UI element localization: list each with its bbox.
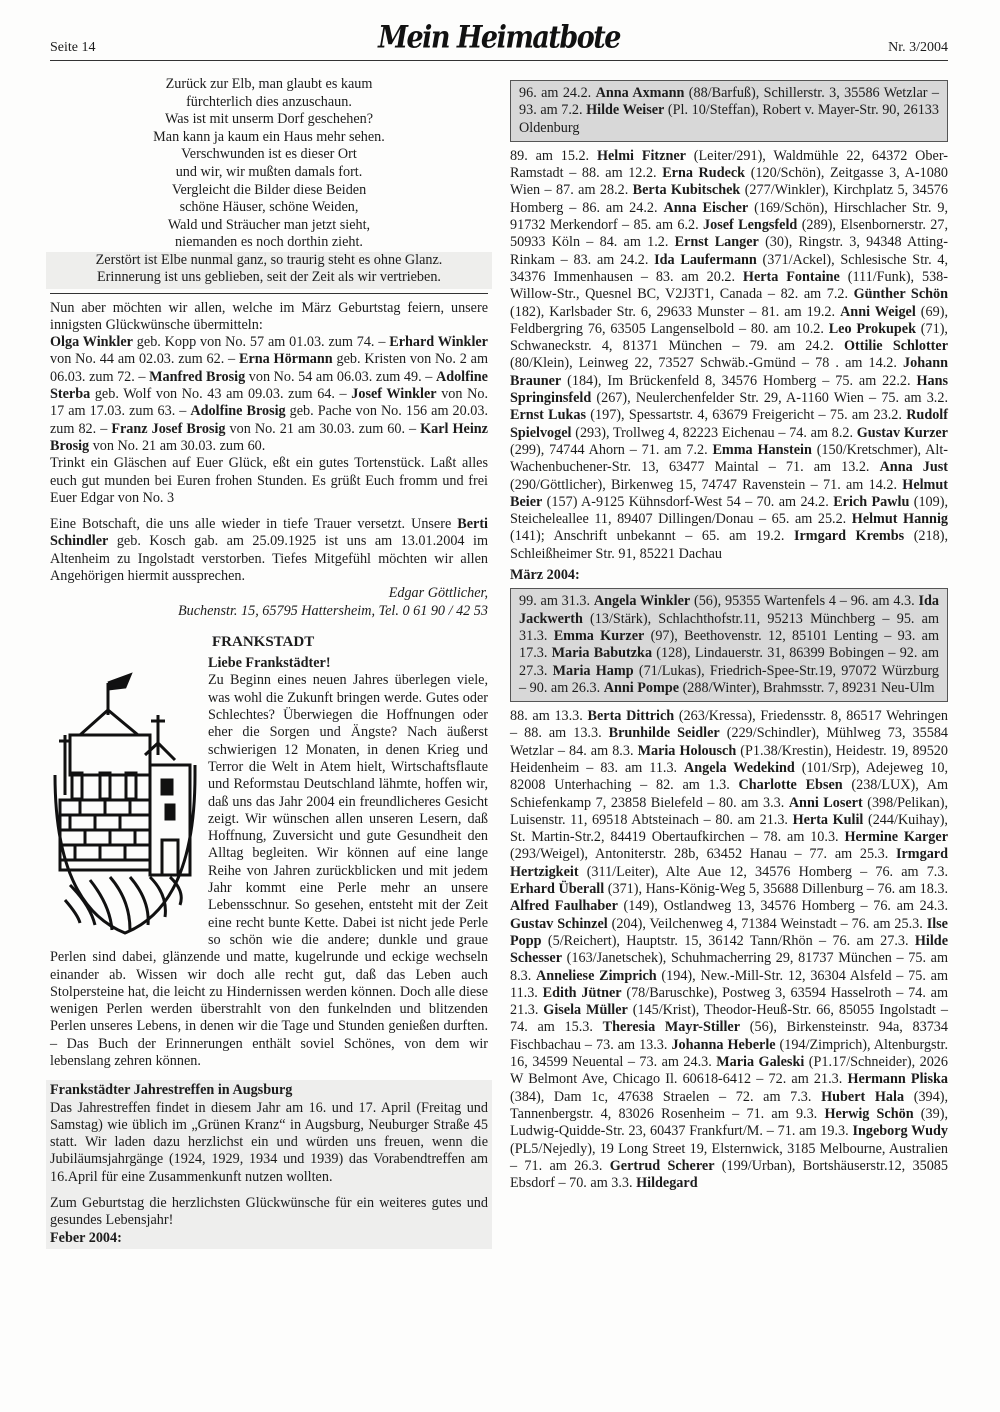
signature-name: Edgar Göttlicher, bbox=[50, 585, 488, 602]
poem-line: niemanden es noch dorthin zieht. bbox=[50, 234, 488, 252]
birthday-entry: 70. am 3.3. Hildegard bbox=[569, 1175, 697, 1191]
person-name: Günther Schön bbox=[854, 286, 948, 302]
person-name: Charlotte Ebsen bbox=[739, 777, 843, 793]
poem-line: fürchterlich dies anzuschaun. bbox=[50, 94, 488, 112]
person-name: Erhard Überall bbox=[510, 881, 604, 897]
frankstadt-title: FRANKSTADT bbox=[212, 634, 488, 651]
person-name: Anni Weigel bbox=[840, 304, 916, 320]
person-name: Erna Rudeck bbox=[662, 165, 745, 181]
person-name: Gertrud Scherer bbox=[610, 1158, 715, 1174]
person-name: Helmut Hannig bbox=[852, 511, 948, 527]
feber-heading: Feber 2004: bbox=[50, 1230, 488, 1247]
person-name: Theresia Mayr-Stiller bbox=[603, 1019, 740, 1035]
birthday-entry: Franz Josef Brosig von No. 21 am 30.03. … bbox=[111, 421, 420, 437]
person-name: Ottilie Schlotter bbox=[844, 338, 948, 354]
page-header: Seite 14 Mein Heimatbote Nr. 3/2004 bbox=[50, 20, 948, 61]
person-name: Leo Prokupek bbox=[829, 321, 916, 337]
birthday-entry: Olga Winkler geb. Kopp von No. 57 am 01.… bbox=[50, 334, 389, 350]
person-name: Herta Fontaine bbox=[743, 269, 840, 285]
person-name: Maria Hamp bbox=[553, 663, 634, 679]
person-name: Franz Josef Brosig bbox=[111, 421, 225, 437]
right-column: 96. am 24.2. Anna Axmann (88/Barfuß), Sc… bbox=[510, 80, 948, 1192]
birthday-entry: Manfred Brosig von No. 54 am 06.03. zum … bbox=[149, 369, 436, 385]
obituary: Eine Botschaft, die uns alle wieder in t… bbox=[50, 516, 488, 585]
town-crest-icon bbox=[50, 655, 200, 945]
person-name: Anna Eischer bbox=[663, 200, 748, 216]
feber-birthday-list: 89. am 15.2. Helmi Fitzner (Leiter/291),… bbox=[510, 148, 948, 563]
person-name: Maria Holousch bbox=[638, 743, 737, 759]
birthday-entry: 90. am 26.3. Anni Pompe (288/Winter), Br… bbox=[530, 680, 935, 696]
person-name: Berta Dittrich bbox=[588, 708, 675, 724]
poem-line: und wir, wir mußten damals fort. bbox=[50, 164, 488, 182]
person-name: Erna Hörmann bbox=[239, 351, 333, 367]
person-name: Emma Hanstein bbox=[712, 442, 811, 458]
person-name: Olga Winkler bbox=[50, 334, 133, 350]
person-name: Maria Galeski bbox=[716, 1054, 804, 1070]
birthday-list: Olga Winkler geb. Kopp von No. 57 am 01.… bbox=[50, 334, 488, 455]
masthead-logo: Mein Heimatbote bbox=[378, 20, 620, 56]
birthday-entry: 93. am 7.2. Hilde Weiser (Pl. 10/Steffan… bbox=[519, 102, 939, 135]
birthday-entry: 96. am 24.2. Anna Axmann (88/Barfuß), Sc… bbox=[519, 85, 939, 101]
person-name: Anneliese Zimprich bbox=[536, 968, 657, 984]
issue-number: Nr. 3/2004 bbox=[888, 40, 948, 56]
person-name: Irmgard Krembs bbox=[794, 528, 904, 544]
person-name: Brunhilde Seidler bbox=[609, 725, 720, 741]
person-name: Erhard Winkler bbox=[389, 334, 488, 350]
person-name: Edith Jütner bbox=[543, 985, 622, 1001]
maerz-birthday-list: 88. am 13.3. Berta Dittrich (263/Kressa)… bbox=[510, 708, 948, 1192]
person-name: Hildegard bbox=[636, 1175, 697, 1191]
poem-line: Erinnerung ist uns geblieben, seit der Z… bbox=[50, 269, 488, 286]
person-name: Hermine Karger bbox=[844, 829, 948, 845]
birthday-toast: Trinkt ein Gläschen auf Euer Glück, eßt … bbox=[50, 455, 488, 507]
person-name: Hubert Hala bbox=[821, 1089, 904, 1105]
poem-final-lines: Zerstört ist Elbe nunmal ganz, so trauri… bbox=[46, 252, 492, 289]
person-name: Emma Kurzer bbox=[554, 628, 645, 644]
person-name: Berta Kubitschek bbox=[633, 182, 741, 198]
person-name: Herta Kulil bbox=[793, 812, 864, 828]
section-divider bbox=[50, 293, 488, 294]
person-name: Manfred Brosig bbox=[149, 369, 245, 385]
person-name: Ida Laufermann bbox=[654, 252, 757, 268]
feber-highlight-box: 96. am 24.2. Anna Axmann (88/Barfuß), Sc… bbox=[510, 80, 948, 142]
poem-line: schöne Häuser, schöne Weiden, bbox=[50, 199, 488, 217]
poem-line: Vergleicht die Bilder diese Beiden bbox=[50, 182, 488, 200]
poem-line: Wald und Sträucher man jetzt sieht, bbox=[50, 217, 488, 235]
person-name: Angela Winkler bbox=[594, 593, 690, 609]
person-name: Angela Wedekind bbox=[684, 760, 795, 776]
person-name: Helmi Fitzner bbox=[597, 148, 686, 164]
person-name: Hermann Pliska bbox=[847, 1071, 948, 1087]
person-name: Josef Lengsfeld bbox=[703, 217, 797, 233]
poem-line: Man kann ja kaum ein Haus mehr sehen. bbox=[50, 129, 488, 147]
person-name: Ernst Langer bbox=[675, 234, 759, 250]
page-number: Seite 14 bbox=[50, 40, 96, 56]
poem-line: Was ist mit unserm Dorf geschehen? bbox=[50, 111, 488, 129]
meeting-body: Das Jahrestreffen findet in diesem Jahr … bbox=[50, 1100, 488, 1186]
poem-line: Zerstört ist Elbe nunmal ganz, so trauri… bbox=[50, 252, 488, 269]
person-name: Hilde Weiser bbox=[586, 102, 664, 118]
person-name: Maria Babutzka bbox=[552, 645, 652, 661]
person-name: Anna Just bbox=[880, 459, 948, 475]
person-name: Alfred Faulhaber bbox=[510, 898, 618, 914]
signature-address: Buchenstr. 15, 65795 Hattersheim, Tel. 0… bbox=[50, 603, 488, 620]
person-name: Johanna Heberle bbox=[671, 1037, 775, 1053]
birthday-entry: 99. am 31.3. Angela Winkler (56), 95355 … bbox=[519, 593, 851, 609]
poem: Zurück zur Elb, man glaubt es kaumfürcht… bbox=[50, 76, 488, 252]
person-name: Erich Pawlu bbox=[833, 494, 909, 510]
person-name: Ernst Lukas bbox=[510, 407, 586, 423]
poem-line: Zurück zur Elb, man glaubt es kaum bbox=[50, 76, 488, 94]
person-name: Ingeborg Wudy bbox=[852, 1123, 948, 1139]
person-name: Anni Pompe bbox=[604, 680, 679, 696]
frankstadt-section: FRANKSTADT Liebe Frankstädte bbox=[50, 634, 488, 1249]
person-name: Gustav Schinzel bbox=[510, 916, 608, 932]
person-name: Herwig Schön bbox=[824, 1106, 913, 1122]
meeting-title: Frankstädter Jahrestreffen in Augsburg bbox=[50, 1082, 488, 1099]
person-name: Anni Losert bbox=[789, 795, 863, 811]
birthday-wish: Zum Geburtstag die herzlichsten Glückwün… bbox=[50, 1195, 488, 1230]
person-name: Gustav Kurzer bbox=[857, 425, 948, 441]
frankstadt-meeting-block: Frankstädter Jahrestreffen in Augsburg D… bbox=[46, 1080, 492, 1249]
birthday-intro: Nun aber möchten wir allen, welche im Mä… bbox=[50, 300, 488, 335]
person-name: Anna Axmann bbox=[596, 85, 685, 101]
maerz-heading: März 2004: bbox=[510, 567, 948, 584]
left-column: Zurück zur Elb, man glaubt es kaumfürcht… bbox=[50, 76, 488, 1249]
person-name: Adolfine Brosig bbox=[190, 403, 285, 419]
poem-line: Verschwunden ist es dieser Ort bbox=[50, 146, 488, 164]
person-name: Gisela Müller bbox=[543, 1002, 628, 1018]
person-name: Josef Winkler bbox=[351, 386, 436, 402]
maerz-highlight-box: 99. am 31.3. Angela Winkler (56), 95355 … bbox=[510, 588, 948, 702]
